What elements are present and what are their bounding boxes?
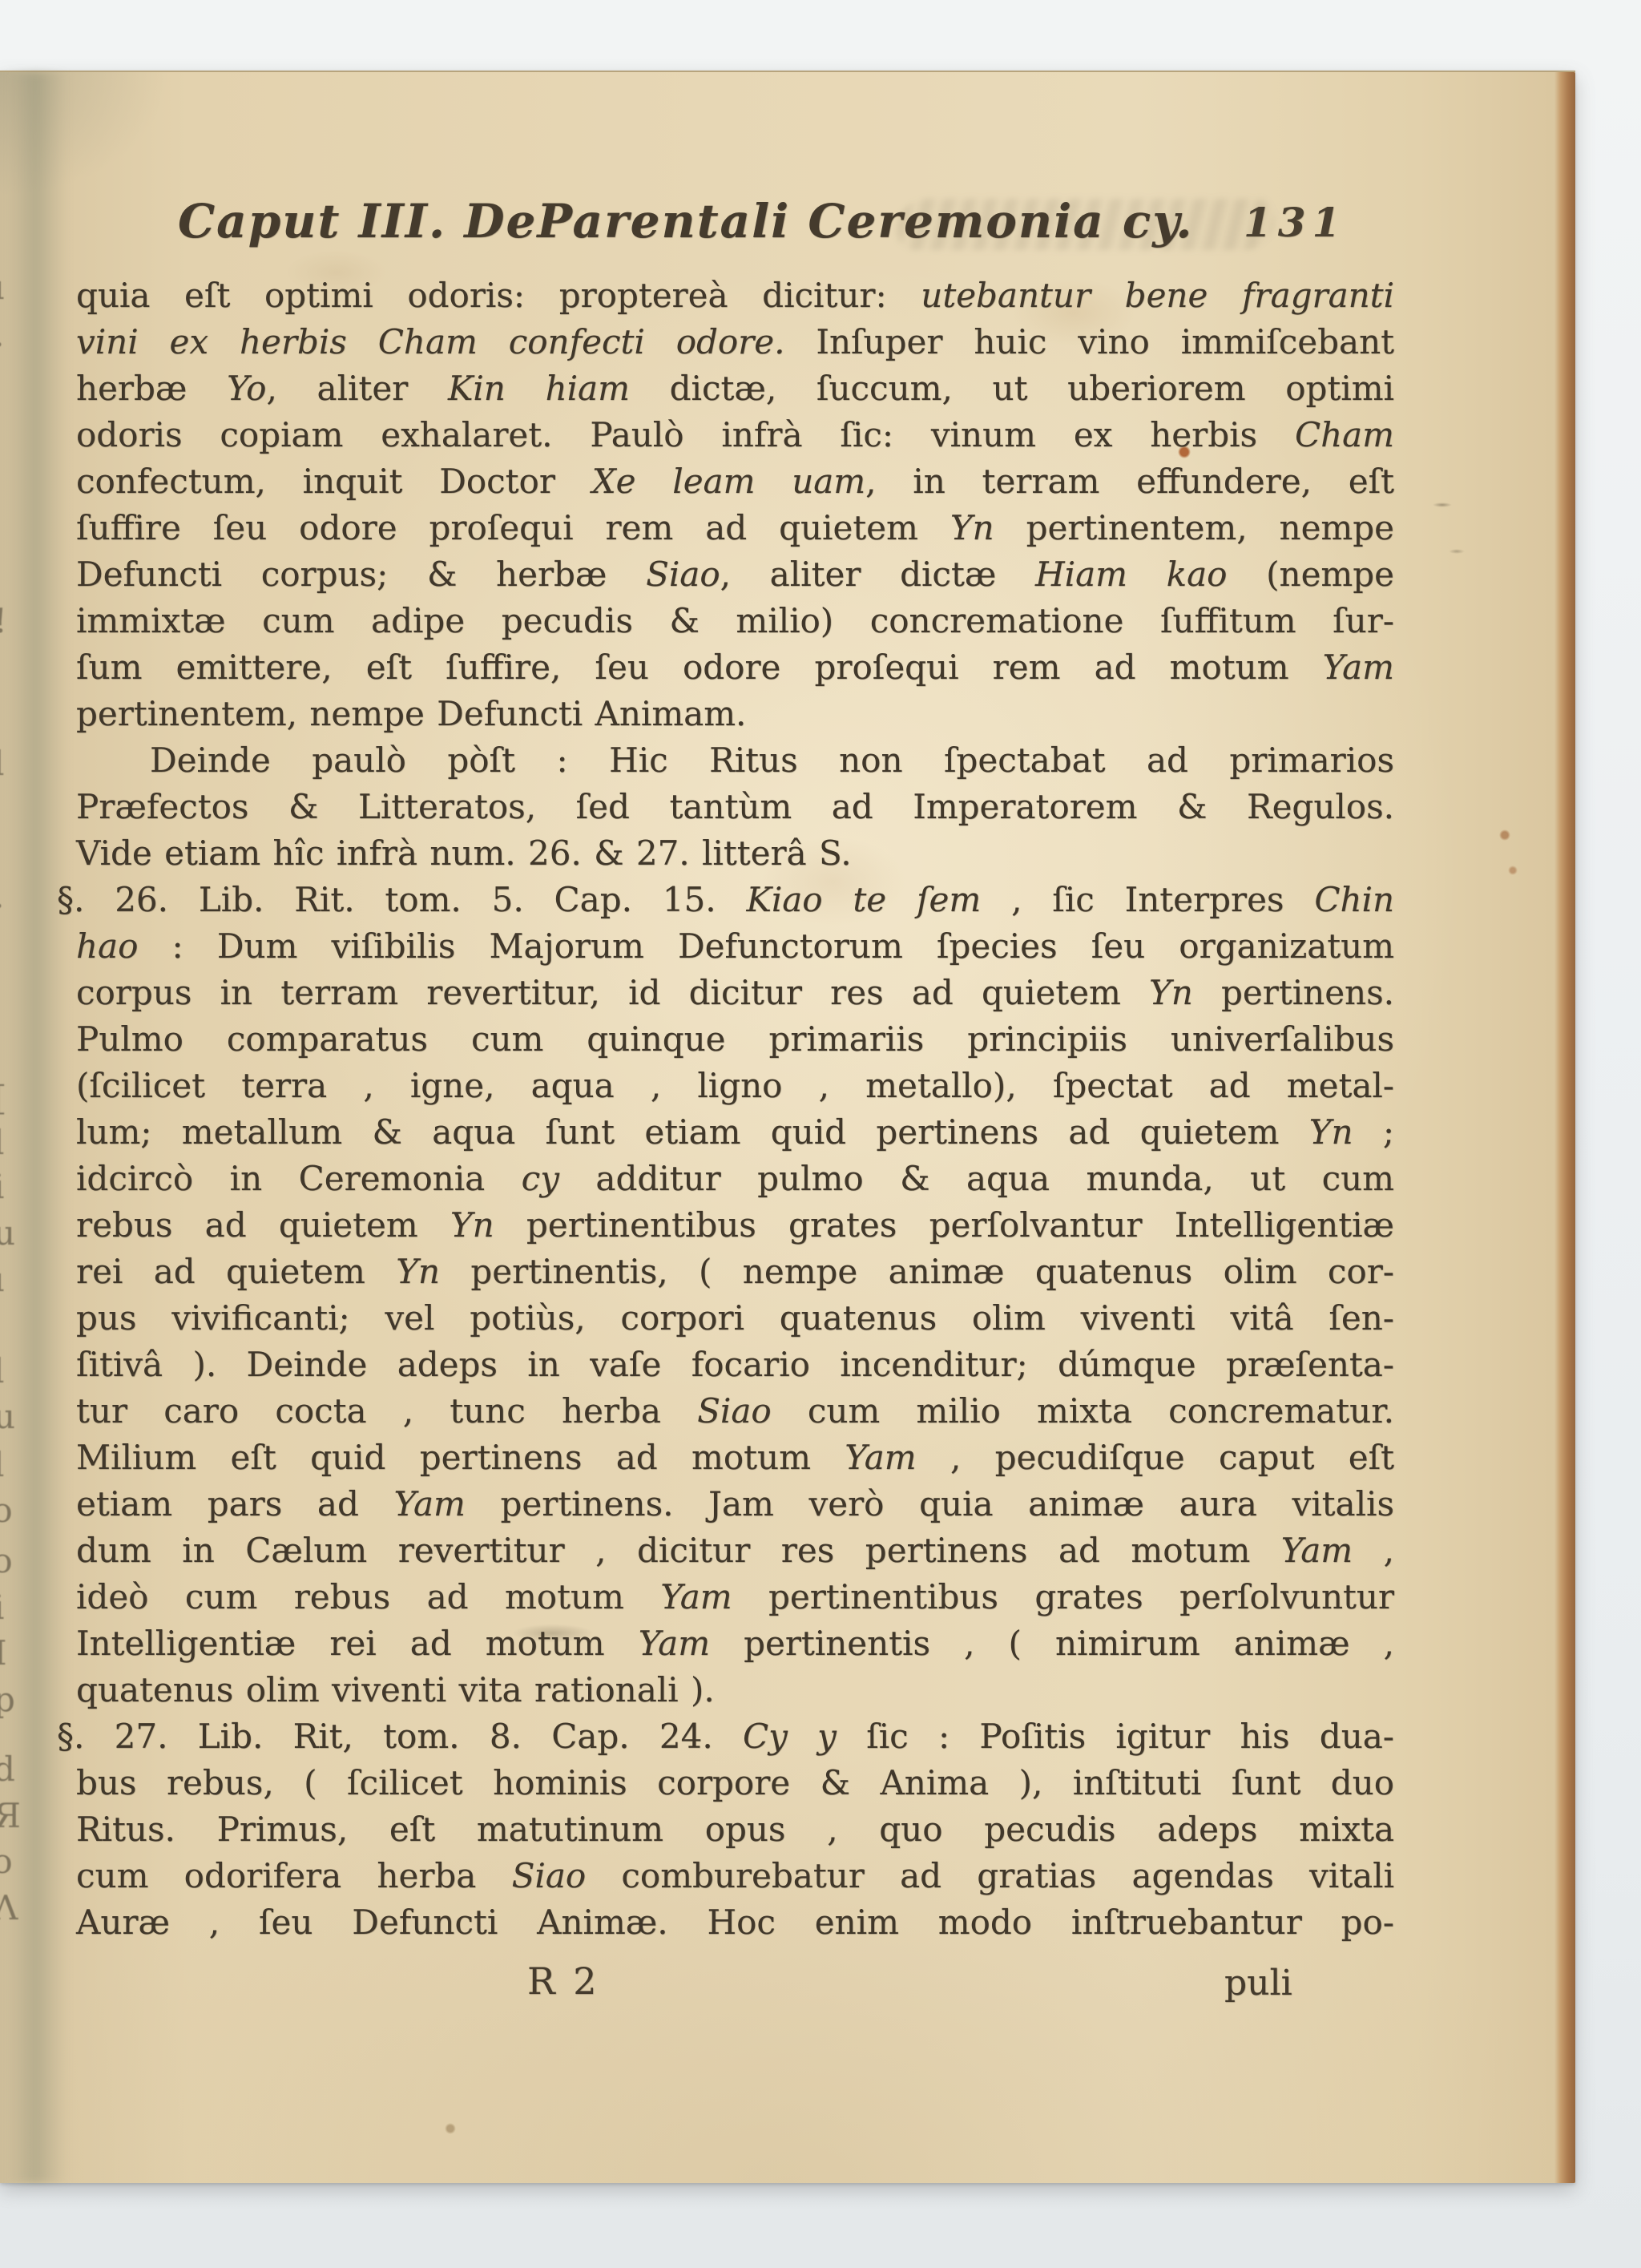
text-run: ; [1353,1112,1395,1152]
italic-phrase: Yam [1281,1531,1353,1570]
italic-phrase: Yam [639,1624,710,1663]
italic-phrase: Kin hiam [448,369,630,408]
text-line: (ſcilicet terra , igne, aqua , ligno , m… [76,1063,1394,1109]
showthrough-glyph: ɔ [0,1544,13,1578]
text-line: Intelligentiæ rei ad motum Yam pertinent… [76,1620,1394,1667]
text-run: rebus ad quietem [76,1205,450,1245]
text-run: tur caro cocta , tunc herba [76,1391,697,1431]
catchword: puli [1224,1963,1292,2004]
text-line: Auræ , ſeu Defuncti Animæ. Hoc enim modo… [76,1899,1394,1946]
showthrough-glyph: Ʌ [0,1891,18,1925]
showthrough-glyph: I [0,1636,7,1670]
running-header: Caput III. DeParentali Ceremonia cy. 131 [0,194,1575,266]
text-run: , pecudiſque caput eſt [917,1438,1394,1477]
text-run: immixtæ cum adipe pecudis & milio) concr… [76,601,1394,640]
italic-phrase: Yn [1309,1112,1353,1152]
text-run: bus rebus, ( ſcilicet hominis corpore & … [76,1763,1394,1802]
text-run: Auræ , ſeu Defuncti Animæ. Hoc enim modo… [76,1903,1394,1942]
text-run: etiam pars ad [76,1484,393,1523]
text-run: quatenus olim viventi vita rationali ). [76,1670,715,1709]
italic-phrase: Yn [450,1205,494,1245]
italic-phrase: Hiam kao [1035,555,1227,594]
text-line: bus rebus, ( ſcilicet hominis corpore & … [76,1760,1394,1806]
text-run: ſitivâ ). Deinde adeps in vaſe focario i… [76,1345,1394,1384]
text-line: §. 27. Lib. Rit, tom. 8. Cap. 24. Cy y ſ… [76,1713,1394,1760]
showthrough-glyph: d [0,1753,15,1786]
showthrough-glyph: u [0,1217,15,1250]
text-run: , in terram effundere, eſt [865,462,1394,501]
italic-phrase: Cham [1295,415,1394,454]
text-run: (nempe [1227,555,1394,594]
chapter-title: Caput III. DeParentali Ceremonia cy. [178,194,1193,248]
text-run: lum; metallum & aqua ſunt etiam quid per… [76,1112,1309,1152]
text-run: , aliter [266,369,448,408]
italic-phrase: Chin [1314,880,1394,919]
page-footer: R 2 puli [0,1959,1575,2016]
italic-phrase: Kiao te ſem [746,880,981,919]
text-line: cum odorifera herba Siao comburebatur ad… [76,1853,1394,1899]
text-line: ſum emittere, eſt ſuffire, ſeu odore pro… [76,644,1394,691]
showthrough-glyph: ɔ [0,1494,13,1527]
text-run: pertinentis, ( nempe animæ quatenus olim… [440,1252,1394,1291]
body-text: quia eſt optimi odoris: proptereà dicitu… [76,272,1394,1946]
text-run: Inſuper huic vino immiſcebant [784,322,1394,361]
italic-phrase: hao [76,926,138,966]
showthrough-glyph: ! [0,604,7,638]
text-line: ſuffire ſeu odore proſequi rem ad quiete… [76,505,1394,551]
italic-phrase: Yo [227,369,266,408]
text-line: Deinde paulò pòſt : Hic Ritus non ſpecta… [76,737,1394,784]
italic-phrase: Cy y [743,1717,837,1756]
text-run: Præfectos & Litteratos, ſed tantùm ad Im… [76,787,1394,826]
showthrough-glyph: u [0,1400,15,1434]
text-run: , ſic Interpres [981,880,1314,919]
showthrough-glyph: i [0,1591,4,1624]
text-line: Ritus. Primus, eſt matutinum opus , quo … [76,1806,1394,1853]
italic-phrase: Yn [950,508,994,547]
italic-phrase: cy [522,1159,559,1198]
showthrough-glyph: l [0,1354,4,1388]
italic-phrase: Yam [393,1484,465,1523]
text-run: quia eſt optimi odoris: proptereà dicitu… [76,276,921,315]
text-run: Defuncti corpus; & herbæ [76,555,646,594]
showthrough-glyph: l [0,1126,4,1160]
text-line: Præfectos & Litteratos, ſed tantùm ad Im… [76,784,1394,830]
italic-phrase: Xe leam uam [592,462,865,501]
showthrough-glyph: ı [0,271,4,305]
italic-phrase: utebantur bene fragranti [921,276,1394,315]
text-line: pertinentem, nempe Defuncti Animam. [76,691,1394,737]
text-line: §. 26. Lib. Rit. tom. 5. Cap. 15. Kiao t… [76,877,1394,923]
italic-phrase: Siao [697,1391,772,1431]
signature-mark: R 2 [527,1959,600,2003]
margin-showthrough-column: ı.!l·[liuılulɔɔiIpdЯɔɅ [0,72,48,2183]
text-run: cum odorifera herba [76,1856,512,1895]
showthrough-glyph: l [0,747,4,781]
text-line: confectum, inquit Doctor Xe leam uam, in… [76,458,1394,505]
text-run: §. 26. Lib. Rit. tom. 5. Cap. 15. [57,880,746,919]
text-run: additur pulmo & aqua munda, ut cum [559,1159,1394,1198]
text-run: , aliter dictæ [720,555,1035,594]
showthrough-glyph: · [0,890,4,923]
book-page: ı.!l·[liuılulɔɔiIpdЯɔɅ Caput III. DePare… [0,71,1575,2183]
text-line: Pulmo comparatus cum quinque primariis p… [76,1016,1394,1063]
text-run: pertinentis , ( nimirum animæ , [710,1624,1394,1663]
text-run: Intelligentiæ rei ad motum [76,1624,639,1663]
text-run: corpus in terram revertitur, id dicitur … [76,973,1149,1012]
text-run: (ſcilicet terra , igne, aqua , ligno , m… [76,1066,1394,1105]
text-run: , [1353,1531,1394,1570]
text-run: Vide etiam hîc infrà num. 26. & 27. litt… [76,833,852,873]
text-run: §. 27. Lib. Rit, tom. 8. Cap. 24. [57,1717,743,1756]
text-line: ideò cum rebus ad motum Yam pertinentibu… [76,1574,1394,1620]
page-number: 131 [1244,199,1346,246]
text-line: pus vivificanti; vel potiùs, corpori qua… [76,1295,1394,1342]
text-line: Milium eſt quid pertinens ad motum Yam ,… [76,1435,1394,1481]
showthrough-glyph: i [0,1170,4,1204]
page-deckle-edge [1554,72,1575,2183]
text-line: idcircò in Ceremonia cy additur pulmo & … [76,1156,1394,1202]
italic-phrase: Yam [1323,648,1394,687]
text-run: ſum emittere, eſt ſuffire, ſeu odore pro… [76,648,1323,687]
text-run: pertinentibus grates perſolvuntur [732,1577,1394,1616]
text-run: confectum, inquit Doctor [76,462,592,501]
text-line: ſitivâ ). Deinde adeps in vaſe focario i… [76,1342,1394,1388]
text-line: etiam pars ad Yam pertinens. Jam verò qu… [76,1481,1394,1527]
text-line: corpus in terram revertitur, id dicitur … [76,970,1394,1016]
text-line: rei ad quietem Yn pertinentis, ( nempe a… [76,1249,1394,1295]
italic-phrase: vini ex herbis Cham confecti odore. [76,322,784,361]
text-run: : Dum viſibilis Majorum Defunctorum ſpec… [138,926,1394,966]
showthrough-glyph: Я [0,1799,21,1833]
text-run: comburebatur ad gratias agendas vitali [586,1856,1394,1895]
italic-phrase: Siao [512,1856,587,1895]
text-run: pertinens. Jam verò quia animæ aura vita… [466,1484,1394,1523]
text-run: pertinens. [1193,973,1394,1012]
showthrough-glyph: [ [0,1082,6,1116]
text-line: hao : Dum viſibilis Majorum Defunctorum … [76,923,1394,970]
italic-phrase: Yn [396,1252,440,1291]
text-run: pertinentem, nempe Defuncti Animam. [76,694,746,733]
text-line: immixtæ cum adipe pecudis & milio) concr… [76,598,1394,644]
text-line: rebus ad quietem Yn pertinentibus grates… [76,1202,1394,1249]
text-run: herbæ [76,369,227,408]
italic-phrase: Yam [660,1577,732,1616]
text-run: ſuffire ſeu odore proſequi rem ad quiete… [76,508,950,547]
text-line: quia eſt optimi odoris: proptereà dicitu… [76,272,1394,319]
text-line: dum in Cælum revertitur , dicitur res pe… [76,1527,1394,1574]
text-line: odoris copiam exhalaret. Paulò infrà ſic… [76,412,1394,458]
text-run: odoris copiam exhalaret. Paulò infrà ſic… [76,415,1295,454]
text-line: vini ex herbis Cham confecti odore. Inſu… [76,319,1394,365]
showthrough-glyph: ı [0,1263,4,1297]
text-run: Deinde paulò pòſt : Hic Ritus non ſpecta… [150,741,1394,780]
text-run: ideò cum rebus ad motum [76,1577,660,1616]
text-line: Vide etiam hîc infrà num. 26. & 27. litt… [76,830,1394,877]
text-run: dum in Cælum revertitur , dicitur res pe… [76,1531,1281,1570]
text-run: pertinentem, nempe [994,508,1394,547]
text-run: Ritus. Primus, eſt matutinum opus , quo … [76,1810,1394,1849]
text-run: rei ad quietem [76,1252,396,1291]
text-run: Pulmo comparatus cum quinque primariis p… [76,1019,1394,1059]
text-line: quatenus olim viventi vita rationali ). [76,1667,1394,1713]
showthrough-glyph: l [0,1448,4,1482]
text-line: lum; metallum & aqua ſunt etiam quid per… [76,1109,1394,1156]
showthrough-glyph: . [0,318,4,352]
italic-phrase: Yn [1149,973,1193,1012]
text-run: Milium eſt quid pertinens ad motum [76,1438,845,1477]
text-line: Defuncti corpus; & herbæ Siao, aliter di… [76,551,1394,598]
text-run: ſic : Poſitis igitur his dua- [837,1717,1394,1756]
showthrough-glyph: p [0,1683,15,1717]
text-run: cum milio mixta concrematur. [772,1391,1394,1431]
text-run: pus vivificanti; vel potiùs, corpori qua… [76,1298,1394,1338]
italic-phrase: Yam [845,1438,916,1477]
italic-phrase: Siao [646,555,720,594]
showthrough-glyph: ɔ [0,1845,13,1879]
text-run: pertinentibus grates perſolvantur Intell… [494,1205,1394,1245]
text-line: tur caro cocta , tunc herba Siao cum mil… [76,1388,1394,1435]
text-line: herbæ Yo, aliter Kin hiam dictæ, ſuccum,… [76,365,1394,412]
text-run: idcircò in Ceremonia [76,1159,522,1198]
scanned-book-photo: ı.!l·[liuılulɔɔiIpdЯɔɅ Caput III. DePare… [0,0,1641,2268]
text-run: dictæ, ſuccum, ut uberiorem optimi [630,369,1394,408]
